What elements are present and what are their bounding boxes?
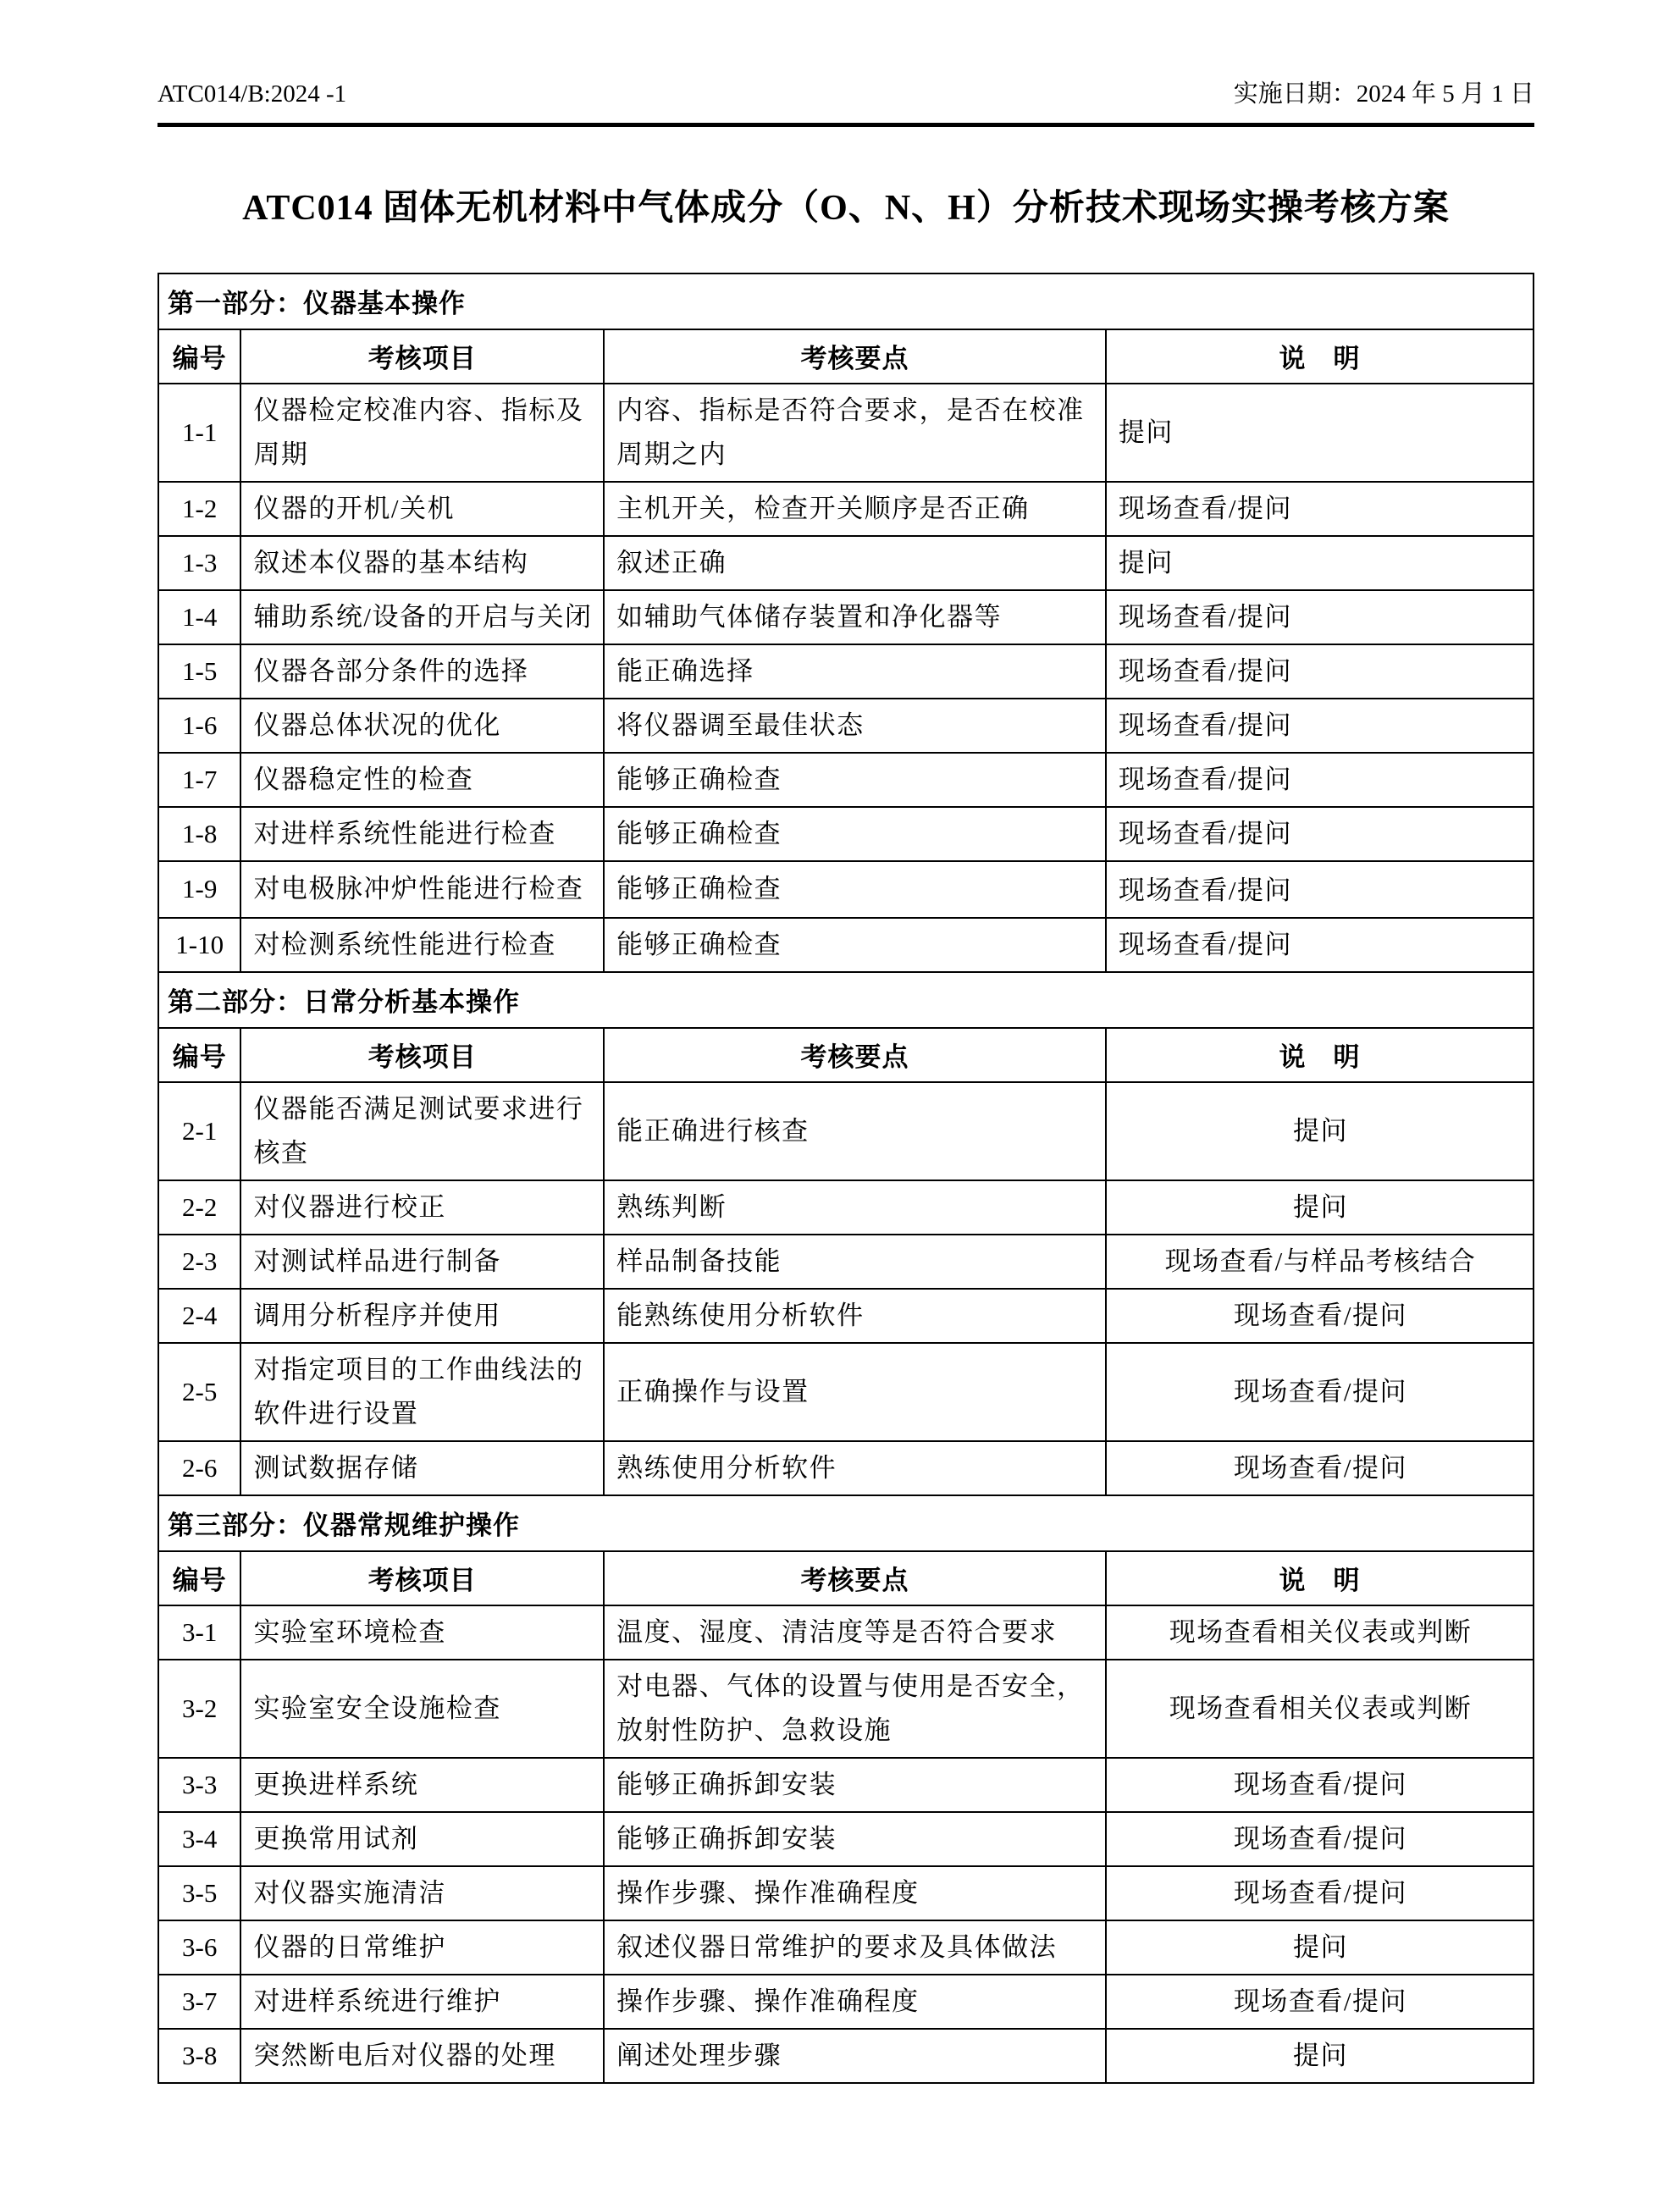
cell-note: 现场查看/提问 xyxy=(1106,1866,1534,1920)
cell-point: 熟练使用分析软件 xyxy=(604,1441,1106,1495)
cell-code: 3-1 xyxy=(158,1605,240,1660)
cell-item: 仪器稳定性的检查 xyxy=(240,753,604,807)
table-row: 2-1仪器能否满足测试要求进行核查能正确进行核查提问 xyxy=(158,1082,1534,1180)
doc-header-right: 实施日期：2024 年 5 月 1 日 xyxy=(1234,80,1534,109)
column-header-code: 编号 xyxy=(158,1028,240,1082)
cell-point: 将仪器调至最佳状态 xyxy=(604,699,1106,753)
cell-point: 内容、指标是否符合要求，是否在校准周期之内 xyxy=(604,384,1106,482)
cell-item: 仪器的开机/关机 xyxy=(240,482,604,536)
cell-note: 提问 xyxy=(1106,536,1534,590)
table-row: 3-3更换进样系统能够正确拆卸安装现场查看/提问 xyxy=(158,1758,1534,1812)
column-header-point: 考核要点 xyxy=(604,1551,1106,1605)
cell-note: 提问 xyxy=(1106,1082,1534,1180)
cell-code: 2-6 xyxy=(158,1441,240,1495)
cell-point: 能够正确检查 xyxy=(604,918,1106,972)
cell-code: 1-5 xyxy=(158,644,240,699)
table-row: 1-1仪器检定校准内容、指标及周期内容、指标是否符合要求，是否在校准周期之内提问 xyxy=(158,384,1534,482)
cell-code: 1-10 xyxy=(158,918,240,972)
table-row: 1-8对进样系统性能进行检查能够正确检查现场查看/提问 xyxy=(158,807,1534,861)
column-header-note: 说 明 xyxy=(1106,329,1534,384)
cell-note: 现场查看/提问 xyxy=(1106,1343,1534,1441)
cell-note: 提问 xyxy=(1106,2029,1534,2083)
cell-item: 对进样系统性能进行检查 xyxy=(240,807,604,861)
table-row: 2-6测试数据存储熟练使用分析软件现场查看/提问 xyxy=(158,1441,1534,1495)
section-row: 第三部分：仪器常规维护操作 xyxy=(158,1495,1534,1551)
column-header-code: 编号 xyxy=(158,1551,240,1605)
table-row: 1-3叙述本仪器的基本结构叙述正确提问 xyxy=(158,536,1534,590)
cell-point: 对电器、气体的设置与使用是否安全，放射性防护、急救设施 xyxy=(604,1660,1106,1758)
cell-point: 主机开关，检查开关顺序是否正确 xyxy=(604,482,1106,536)
cell-code: 1-3 xyxy=(158,536,240,590)
cell-item: 叙述本仪器的基本结构 xyxy=(240,536,604,590)
cell-item: 对仪器进行校正 xyxy=(240,1180,604,1235)
cell-item: 对指定项目的工作曲线法的软件进行设置 xyxy=(240,1343,604,1441)
cell-note: 提问 xyxy=(1106,1180,1534,1235)
cell-note: 现场查看/提问 xyxy=(1106,590,1534,644)
cell-item: 对检测系统性能进行检查 xyxy=(240,918,604,972)
cell-note: 现场查看/提问 xyxy=(1106,807,1534,861)
cell-item: 仪器检定校准内容、指标及周期 xyxy=(240,384,604,482)
cell-point: 能够正确检查 xyxy=(604,861,1106,918)
cell-point: 能够正确拆卸安装 xyxy=(604,1812,1106,1866)
doc-header-left: ATC014/B:2024 -1 xyxy=(157,80,346,109)
section-row: 第一部分：仪器基本操作 xyxy=(158,273,1534,329)
cell-note: 现场查看相关仪表或判断 xyxy=(1106,1660,1534,1758)
table-row: 2-3对测试样品进行制备样品制备技能现场查看/与样品考核结合 xyxy=(158,1235,1534,1289)
cell-item: 实验室安全设施检查 xyxy=(240,1660,604,1758)
column-header-item: 考核项目 xyxy=(240,329,604,384)
column-header-note: 说 明 xyxy=(1106,1551,1534,1605)
cell-code: 1-8 xyxy=(158,807,240,861)
cell-item: 对仪器实施清洁 xyxy=(240,1866,604,1920)
cell-code: 3-5 xyxy=(158,1866,240,1920)
column-header-point: 考核要点 xyxy=(604,1028,1106,1082)
column-header-row: 编号考核项目考核要点说 明 xyxy=(158,1551,1534,1605)
cell-item: 仪器总体状况的优化 xyxy=(240,699,604,753)
table-row: 1-4辅助系统/设备的开启与关闭如辅助气体储存装置和净化器等现场查看/提问 xyxy=(158,590,1534,644)
cell-item: 更换常用试剂 xyxy=(240,1812,604,1866)
cell-point: 阐述处理步骤 xyxy=(604,2029,1106,2083)
table-row: 3-1实验室环境检查温度、湿度、清洁度等是否符合要求现场查看相关仪表或判断 xyxy=(158,1605,1534,1660)
column-header-note: 说 明 xyxy=(1106,1028,1534,1082)
column-header-item: 考核项目 xyxy=(240,1551,604,1605)
table-row: 1-9对电极脉冲炉性能进行检查能够正确检查现场查看/提问 xyxy=(158,861,1534,918)
cell-note: 现场查看相关仪表或判断 xyxy=(1106,1605,1534,1660)
section-row: 第二部分：日常分析基本操作 xyxy=(158,972,1534,1028)
table-row: 3-4更换常用试剂能够正确拆卸安装现场查看/提问 xyxy=(158,1812,1534,1866)
cell-note: 现场查看/提问 xyxy=(1106,861,1534,918)
table-row: 1-7仪器稳定性的检查能够正确检查现场查看/提问 xyxy=(158,753,1534,807)
table-row: 3-2实验室安全设施检查对电器、气体的设置与使用是否安全，放射性防护、急救设施现… xyxy=(158,1660,1534,1758)
cell-item: 仪器的日常维护 xyxy=(240,1920,604,1975)
section-title: 第二部分：日常分析基本操作 xyxy=(158,972,1534,1028)
table-row: 1-2仪器的开机/关机主机开关，检查开关顺序是否正确现场查看/提问 xyxy=(158,482,1534,536)
cell-note: 现场查看/提问 xyxy=(1106,1812,1534,1866)
page-title: ATC014 固体无机材料中气体成分（O、N、H）分析技术现场实操考核方案 xyxy=(157,180,1534,230)
cell-item: 仪器各部分条件的选择 xyxy=(240,644,604,699)
cell-point: 能正确选择 xyxy=(604,644,1106,699)
table-row: 2-2对仪器进行校正熟练判断提问 xyxy=(158,1180,1534,1235)
assessment-table: 第一部分：仪器基本操作编号考核项目考核要点说 明1-1仪器检定校准内容、指标及周… xyxy=(157,273,1534,2084)
cell-point: 能够正确检查 xyxy=(604,807,1106,861)
cell-point: 能熟练使用分析软件 xyxy=(604,1289,1106,1343)
cell-code: 3-3 xyxy=(158,1758,240,1812)
cell-item: 对进样系统进行维护 xyxy=(240,1975,604,2029)
cell-code: 1-9 xyxy=(158,861,240,918)
column-header-item: 考核项目 xyxy=(240,1028,604,1082)
table-row: 3-8突然断电后对仪器的处理阐述处理步骤提问 xyxy=(158,2029,1534,2083)
cell-note: 现场查看/提问 xyxy=(1106,699,1534,753)
cell-code: 2-4 xyxy=(158,1289,240,1343)
cell-note: 现场查看/与样品考核结合 xyxy=(1106,1235,1534,1289)
table-row: 2-4调用分析程序并使用能熟练使用分析软件现场查看/提问 xyxy=(158,1289,1534,1343)
cell-code: 3-4 xyxy=(158,1812,240,1866)
cell-item: 实验室环境检查 xyxy=(240,1605,604,1660)
cell-code: 1-2 xyxy=(158,482,240,536)
table-row: 2-5对指定项目的工作曲线法的软件进行设置正确操作与设置现场查看/提问 xyxy=(158,1343,1534,1441)
cell-item: 仪器能否满足测试要求进行核查 xyxy=(240,1082,604,1180)
cell-code: 3-7 xyxy=(158,1975,240,2029)
section-title: 第三部分：仪器常规维护操作 xyxy=(158,1495,1534,1551)
cell-code: 1-4 xyxy=(158,590,240,644)
cell-code: 1-6 xyxy=(158,699,240,753)
cell-item: 突然断电后对仪器的处理 xyxy=(240,2029,604,2083)
cell-note: 现场查看/提问 xyxy=(1106,1289,1534,1343)
cell-note: 提问 xyxy=(1106,1920,1534,1975)
doc-header: ATC014/B:2024 -1 实施日期：2024 年 5 月 1 日 xyxy=(157,0,1534,109)
section-title: 第一部分：仪器基本操作 xyxy=(158,273,1534,329)
cell-note: 现场查看/提问 xyxy=(1106,1441,1534,1495)
cell-code: 1-7 xyxy=(158,753,240,807)
cell-item: 辅助系统/设备的开启与关闭 xyxy=(240,590,604,644)
cell-point: 温度、湿度、清洁度等是否符合要求 xyxy=(604,1605,1106,1660)
cell-point: 样品制备技能 xyxy=(604,1235,1106,1289)
cell-point: 能够正确拆卸安装 xyxy=(604,1758,1106,1812)
cell-item: 调用分析程序并使用 xyxy=(240,1289,604,1343)
cell-item: 对电极脉冲炉性能进行检查 xyxy=(240,861,604,918)
cell-code: 3-2 xyxy=(158,1660,240,1758)
cell-note: 现场查看/提问 xyxy=(1106,1758,1534,1812)
cell-point: 叙述正确 xyxy=(604,536,1106,590)
header-rule xyxy=(157,123,1534,127)
cell-note: 现场查看/提问 xyxy=(1106,644,1534,699)
cell-code: 2-5 xyxy=(158,1343,240,1441)
cell-point: 能够正确检查 xyxy=(604,753,1106,807)
cell-code: 3-6 xyxy=(158,1920,240,1975)
cell-point: 熟练判断 xyxy=(604,1180,1106,1235)
cell-code: 2-2 xyxy=(158,1180,240,1235)
cell-item: 更换进样系统 xyxy=(240,1758,604,1812)
table-row: 3-7对进样系统进行维护操作步骤、操作准确程度现场查看/提问 xyxy=(158,1975,1534,2029)
cell-item: 测试数据存储 xyxy=(240,1441,604,1495)
page: ATC014/B:2024 -1 实施日期：2024 年 5 月 1 日 ATC… xyxy=(0,0,1680,2210)
cell-point: 叙述仪器日常维护的要求及具体做法 xyxy=(604,1920,1106,1975)
cell-code: 2-1 xyxy=(158,1082,240,1180)
cell-point: 正确操作与设置 xyxy=(604,1343,1106,1441)
cell-code: 2-3 xyxy=(158,1235,240,1289)
cell-point: 能正确进行核查 xyxy=(604,1082,1106,1180)
table-row: 1-5仪器各部分条件的选择能正确选择现场查看/提问 xyxy=(158,644,1534,699)
column-header-point: 考核要点 xyxy=(604,329,1106,384)
table-row: 1-6仪器总体状况的优化将仪器调至最佳状态现场查看/提问 xyxy=(158,699,1534,753)
cell-note: 现场查看/提问 xyxy=(1106,1975,1534,2029)
cell-note: 现场查看/提问 xyxy=(1106,753,1534,807)
cell-item: 对测试样品进行制备 xyxy=(240,1235,604,1289)
cell-point: 如辅助气体储存装置和净化器等 xyxy=(604,590,1106,644)
column-header-row: 编号考核项目考核要点说 明 xyxy=(158,1028,1534,1082)
cell-code: 1-1 xyxy=(158,384,240,482)
table-row: 3-5对仪器实施清洁操作步骤、操作准确程度现场查看/提问 xyxy=(158,1866,1534,1920)
cell-note: 提问 xyxy=(1106,384,1534,482)
column-header-row: 编号考核项目考核要点说 明 xyxy=(158,329,1534,384)
cell-note: 现场查看/提问 xyxy=(1106,918,1534,972)
table-row: 3-6仪器的日常维护叙述仪器日常维护的要求及具体做法提问 xyxy=(158,1920,1534,1975)
cell-point: 操作步骤、操作准确程度 xyxy=(604,1866,1106,1920)
column-header-code: 编号 xyxy=(158,329,240,384)
cell-code: 3-8 xyxy=(158,2029,240,2083)
cell-note: 现场查看/提问 xyxy=(1106,482,1534,536)
table-row: 1-10对检测系统性能进行检查能够正确检查现场查看/提问 xyxy=(158,918,1534,972)
cell-point: 操作步骤、操作准确程度 xyxy=(604,1975,1106,2029)
